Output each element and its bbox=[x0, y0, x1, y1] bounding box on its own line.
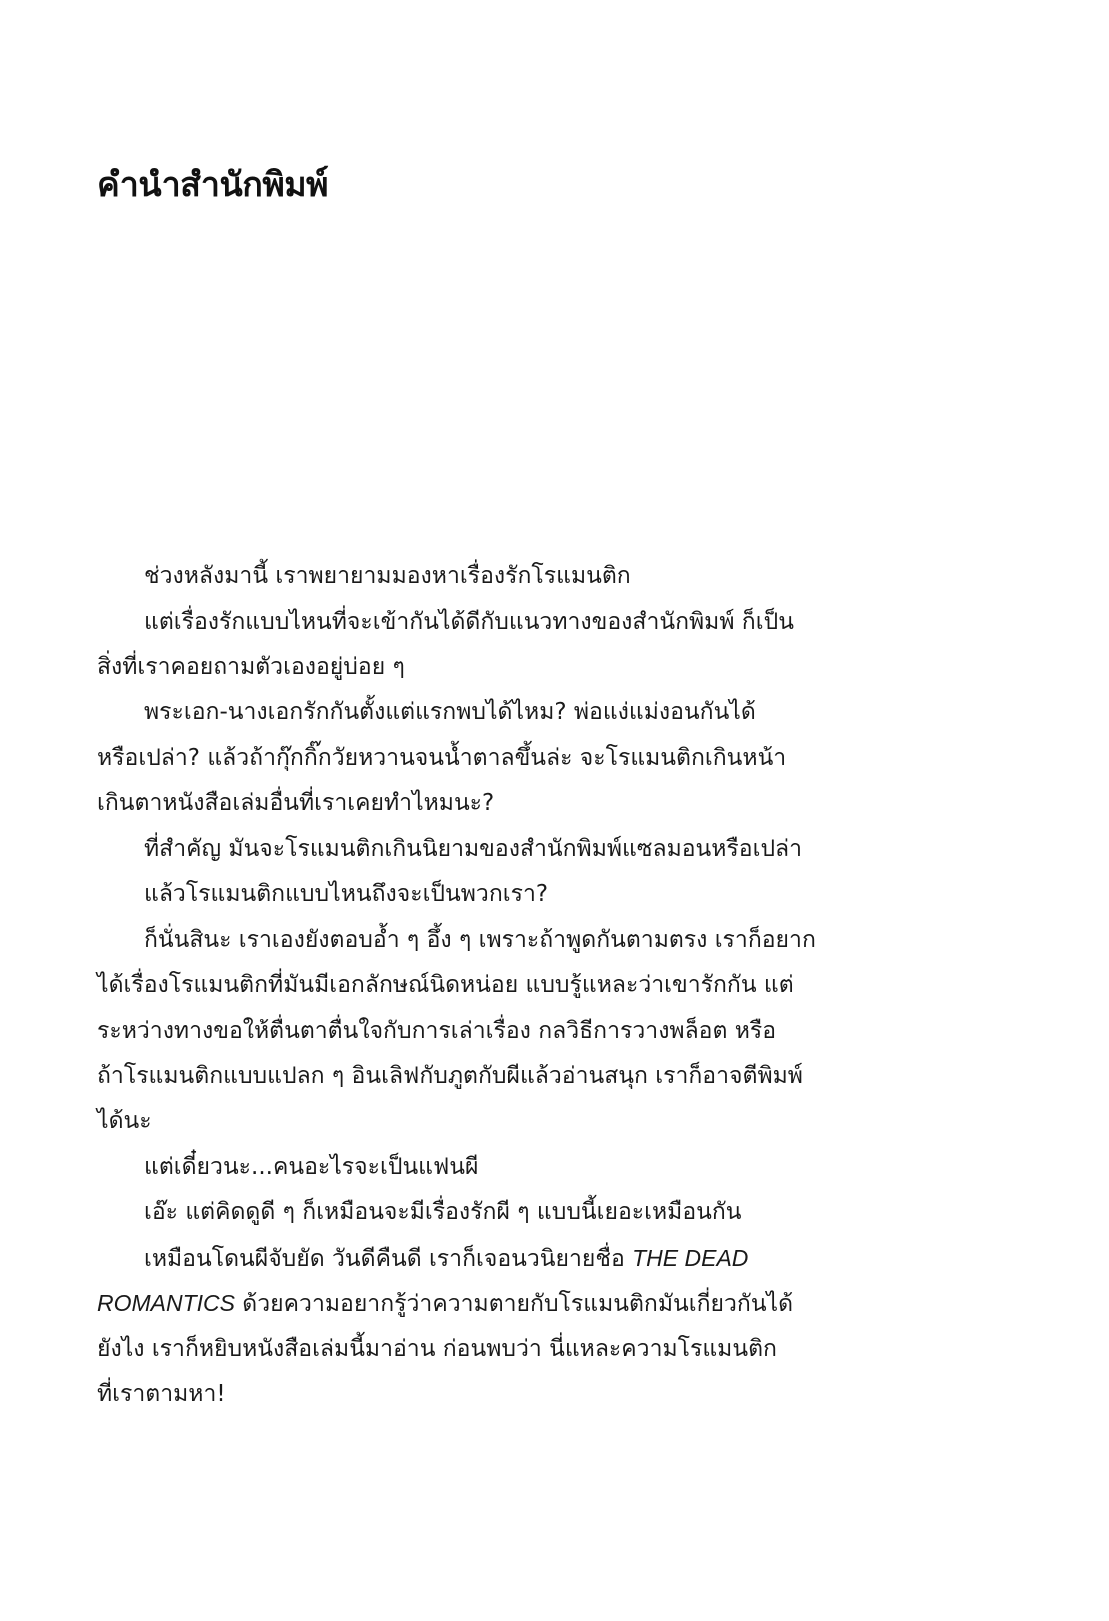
paragraph-line: ก็นั่นสินะ เราเองยังตอบอ้ำ ๆ อึ้ง ๆ เพรา… bbox=[144, 925, 816, 955]
paragraph-line: ที่เราตามหา! bbox=[97, 1379, 226, 1409]
line-text: ด้วยความอยากรู้ว่าความตายกับโรแมนติกมันเ… bbox=[235, 1291, 793, 1317]
line-text: แล้วโรแมนติกแบบไหนถึงจะเป็นพวกเรา? bbox=[144, 881, 548, 907]
paragraph-line: แต่เดี๋ยวนะ...คนอะไรจะเป็นแฟนผี bbox=[144, 1152, 478, 1182]
paragraph-line: หรือเปล่า? แล้วถ้ากุ๊กกิ๊กวัยหวานจนน้ำตา… bbox=[97, 743, 786, 773]
line-text: ถ้าโรแมนติกแบบแปลก ๆ อินเลิฟกับภูตกับผีแ… bbox=[97, 1063, 803, 1089]
paragraph-line: แต่เรื่องรักแบบไหนที่จะเข้ากันได้ดีกับแน… bbox=[144, 607, 794, 637]
paragraph-line: ได้นะ bbox=[97, 1106, 152, 1136]
line-text: แต่เดี๋ยวนะ...คนอะไรจะเป็นแฟนผี bbox=[144, 1154, 478, 1180]
line-text: ระหว่างทางขอให้ตื่นตาตื่นใจกับการเล่าเรื… bbox=[97, 1018, 776, 1044]
paragraph-line: ที่สำคัญ มันจะโรแมนติกเกินนิยามของสำนักพ… bbox=[144, 834, 802, 864]
line-text: ยังไง เราก็หยิบหนังสือเล่มนี้มาอ่าน ก่อน… bbox=[97, 1336, 777, 1362]
paragraph-line: เกินตาหนังสือเล่มอื่นที่เราเคยทำไหมนะ? bbox=[97, 788, 494, 818]
paragraph-line: ยังไง เราก็หยิบหนังสือเล่มนี้มาอ่าน ก่อน… bbox=[97, 1334, 777, 1364]
line-text: ช่วงหลังมานี้ เราพยายามมองหาเรื่องรักโรแ… bbox=[144, 563, 631, 589]
paragraph-line: เอ๊ะ แต่คิดดูดี ๆ ก็เหมือนจะมีเรื่องรักผ… bbox=[144, 1197, 742, 1227]
line-text: ที่สำคัญ มันจะโรแมนติกเกินนิยามของสำนักพ… bbox=[144, 836, 802, 862]
line-text: เหมือนโดนผีจับยัด วันดีคืนดี เราก็เจอนวน… bbox=[144, 1246, 632, 1272]
book-title-text: THE DEAD bbox=[632, 1245, 748, 1271]
paragraph-line: ถ้าโรแมนติกแบบแปลก ๆ อินเลิฟกับภูตกับผีแ… bbox=[97, 1061, 803, 1091]
paragraph-line: ROMANTICS ด้วยความอยากรู้ว่าความตายกับโร… bbox=[97, 1288, 793, 1319]
line-text: แต่เรื่องรักแบบไหนที่จะเข้ากันได้ดีกับแน… bbox=[144, 609, 794, 635]
paragraph-line: สิ่งที่เราคอยถามตัวเองอยู่บ่อย ๆ bbox=[97, 652, 405, 682]
paragraph-line: เหมือนโดนผีจับยัด วันดีคืนดี เราก็เจอนวน… bbox=[144, 1243, 748, 1274]
page-title: คำนำสำนักพิมพ์ bbox=[97, 160, 328, 210]
paragraph-line: ช่วงหลังมานี้ เราพยายามมองหาเรื่องรักโรแ… bbox=[144, 561, 631, 591]
paragraph-line: พระเอก-นางเอกรักกันตั้งแต่แรกพบได้ไหม? พ… bbox=[144, 697, 756, 727]
line-text: พระเอก-นางเอกรักกันตั้งแต่แรกพบได้ไหม? พ… bbox=[144, 699, 756, 725]
line-text: เกินตาหนังสือเล่มอื่นที่เราเคยทำไหมนะ? bbox=[97, 790, 494, 816]
paragraph-line: ได้เรื่องโรแมนติกที่มันมีเอกลักษณ์นิดหน่… bbox=[97, 970, 794, 1000]
line-text: เอ๊ะ แต่คิดดูดี ๆ ก็เหมือนจะมีเรื่องรักผ… bbox=[144, 1199, 742, 1225]
line-text: ได้นะ bbox=[97, 1108, 152, 1134]
paragraph-line: แล้วโรแมนติกแบบไหนถึงจะเป็นพวกเรา? bbox=[144, 879, 548, 909]
line-text: หรือเปล่า? แล้วถ้ากุ๊กกิ๊กวัยหวานจนน้ำตา… bbox=[97, 745, 786, 771]
line-text: ได้เรื่องโรแมนติกที่มันมีเอกลักษณ์นิดหน่… bbox=[97, 972, 794, 998]
line-text: สิ่งที่เราคอยถามตัวเองอยู่บ่อย ๆ bbox=[97, 654, 405, 680]
book-title-text: ROMANTICS bbox=[97, 1290, 235, 1316]
line-text: ที่เราตามหา! bbox=[97, 1381, 226, 1407]
paragraph-line: ระหว่างทางขอให้ตื่นตาตื่นใจกับการเล่าเรื… bbox=[97, 1016, 776, 1046]
line-text: ก็นั่นสินะ เราเองยังตอบอ้ำ ๆ อึ้ง ๆ เพรา… bbox=[144, 927, 816, 953]
